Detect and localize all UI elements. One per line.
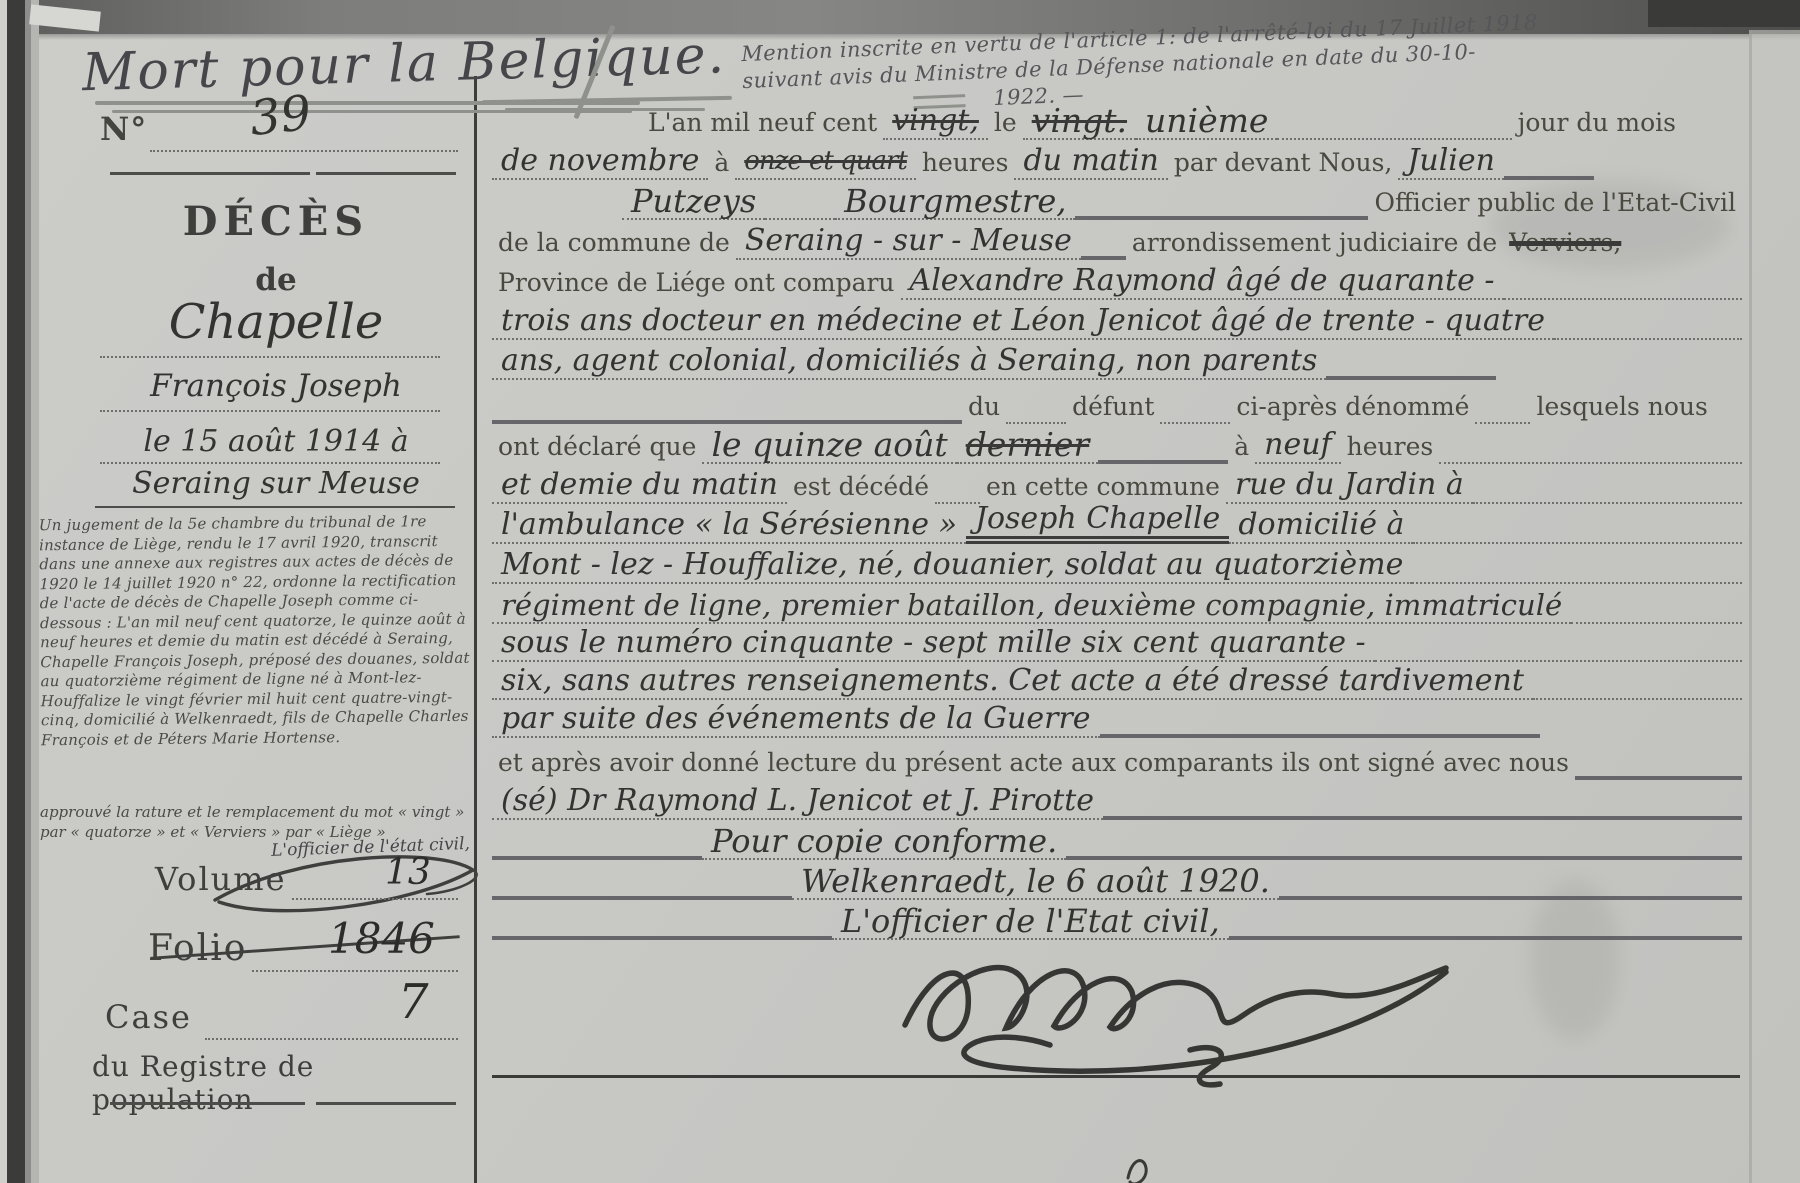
act-line-15: six, sans autres renseignements. Cet act… [492,658,1742,700]
separator-line [110,172,310,175]
folio-label: Folio [148,928,247,969]
surname-dotted-line [100,356,440,358]
printed-text: en cette commune [980,472,1226,504]
printed-text: par devant Nous, [1168,148,1399,180]
handwriting: et demie du matin [492,470,787,504]
handwriting: trois ans docteur en médecine et Léon Je… [492,306,1554,340]
act-line-11: l'ambulance « la Sérésienne » Joseph Cha… [492,502,1742,544]
closing-rule [492,1075,1740,1078]
printed-text: le [988,108,1023,140]
printed-text: arrondissement judiciaire de [1126,228,1503,260]
struck-handwriting: dernier [957,430,1099,464]
separator-line [110,1102,305,1105]
act-line-9: ont déclaré que le quinze août dernier à… [492,422,1742,464]
act-line-13: régiment de ligne, premier bataillon, de… [492,582,1742,624]
printed-text: Officier public de l'Etat-Civil [1368,188,1742,220]
volume-label: Volume [155,860,287,898]
handwriting: Bourgmestre, [835,186,1075,220]
binding-edge-dark [7,0,25,1183]
struck-handwriting: vingt, [883,106,988,140]
register-label: du Registre de population [92,1050,472,1116]
handwriting: Putzeys [622,186,765,220]
act-line-6: trois ans docteur en médecine et Léon Je… [492,298,1742,340]
number-label: N° [100,110,147,148]
handwriting: Welkenraedt, le 6 août 1920. [792,866,1279,900]
act-line-12: Mont - lez - Houffalize, né, douanier, s… [492,542,1742,584]
act-line-7: ans, agent colonial, domiciliés à Serain… [492,338,1742,380]
handwriting: le quinze août [702,430,956,464]
act-line-10: et demie du matin est décédé en cette co… [492,462,1742,504]
handwriting: Julien [1398,146,1504,180]
act-line-1: L'an mil neuf cent vingt, le vingt. uniè… [492,98,1742,140]
de-label: de [90,262,462,298]
column-divider-rule [474,76,477,1183]
case-label: Case [105,998,192,1036]
act-line-17: et après avoir donné lecture du présent … [492,738,1742,780]
handwriting: domicilié à [1229,510,1413,544]
separator-line [316,1102,456,1105]
case-dotted-line [205,1038,458,1040]
handwriting: du matin [1014,146,1167,180]
struck-handwriting: onze et quart [735,146,916,180]
givens-dotted-line [100,410,440,412]
printed-text: à [1228,432,1255,464]
separator-line [316,172,456,175]
handwriting: sous le numéro cinquante - sept mille si… [492,628,1375,662]
death-date: le 15 août 1914 à [90,424,462,459]
volume-value: 13 [385,852,431,893]
death-certificate-scan: Mort pour la Belgique. Mention inscrite … [0,0,1800,1183]
handwriting: Seraing - sur - Meuse [736,226,1081,260]
act-line-5: Province de Liége ont comparu Alexandre … [492,258,1742,300]
printed-text: à [708,148,735,180]
rectification-note: Un jugement de la 5e chambre du tribunal… [39,512,473,751]
act-line-3: Putzeys Bourgmestre, Officier public de … [492,178,1742,220]
binding-edge-light [0,0,7,1183]
partial-mark-next-entry [1118,1148,1158,1183]
printed-text: de la commune de [492,228,736,260]
fill-rule [492,936,832,940]
handwriting: de novembre [492,146,708,180]
printed-text: défunt [1066,392,1160,424]
underlined-name-handwriting: Joseph Chapelle [966,504,1229,544]
handwriting: Alexandre Raymond âgé de quarante - [901,266,1504,300]
printed-text: et après avoir donné lecture du présent … [492,748,1575,780]
volume-dotted-line [292,898,458,900]
printed-text: ont déclaré que [492,432,702,464]
folio-value: 1846 [328,914,435,963]
act-line-20: Welkenraedt, le 6 août 1920. [492,858,1742,900]
act-line-2: de novembre à onze et quart heures du ma… [492,138,1742,180]
act-line-4: de la commune de Seraing - sur - Meuse a… [492,218,1742,260]
right-paper-strip [1752,30,1800,1183]
handwriting: régiment de ligne, premier bataillon, de… [492,590,1571,624]
death-place: Seraing sur Meuse [90,466,462,501]
printed-text: du [962,392,1006,424]
printed-text: heures [916,148,1015,180]
printed-text: est décédé [787,472,935,504]
place-underline [95,506,455,508]
date-dotted-line [100,462,440,464]
handwriting: l'ambulance « la Sérésienne » [492,510,966,544]
act-line-16: par suite des événements de la Guerre [492,696,1742,738]
struck-handwriting: vingt. [1023,106,1136,140]
handwriting: six, sans autres renseignements. Cet act… [492,666,1533,700]
printed-text: ci-après dénommé [1230,392,1475,424]
case-value: 7 [398,974,429,1030]
printed-text: heures [1341,432,1440,464]
deces-heading: DÉCÈS [90,198,462,245]
handwriting: Mont - lez - Houffalize, né, douanier, s… [492,550,1412,584]
act-line-8: du défunt ci-après dénommé lesquels nous [492,382,1742,424]
handwriting: rue du Jardin à [1226,470,1473,504]
act-line-14: sous le numéro cinquante - sept mille si… [492,620,1742,662]
number-value: 39 [247,85,314,147]
fill-rule [1326,376,1496,380]
deceased-surname: Chapelle [90,294,462,350]
handwriting: ans, agent colonial, domiciliés à Serain… [492,346,1326,380]
handwriting: Pour copie conforme. [702,826,1066,860]
struck-printed-text: Verviers, [1503,228,1627,260]
signatures-handwriting: (sé) Dr Raymond L. Jenicot et J. Pirotte [492,786,1103,820]
act-line-18: (sé) Dr Raymond L. Jenicot et J. Pirotte [492,778,1742,820]
binding-edge-soft [31,0,39,1183]
printed-text: Province de Liége ont comparu [492,268,901,300]
printed-text: lesquels nous [1530,392,1713,424]
number-dotted-line [150,150,458,152]
folio-dotted-line [252,970,458,972]
printed-text: L'an mil neuf cent [642,108,883,140]
handwriting: unième [1136,106,1277,140]
handwriting: neuf [1255,430,1341,464]
deceased-given-names: François Joseph [90,368,462,404]
act-line-19: Pour copie conforme. [492,818,1742,860]
printed-text: jour du mois [1512,108,1682,140]
handwriting: par suite des événements de la Guerre [492,704,1100,738]
